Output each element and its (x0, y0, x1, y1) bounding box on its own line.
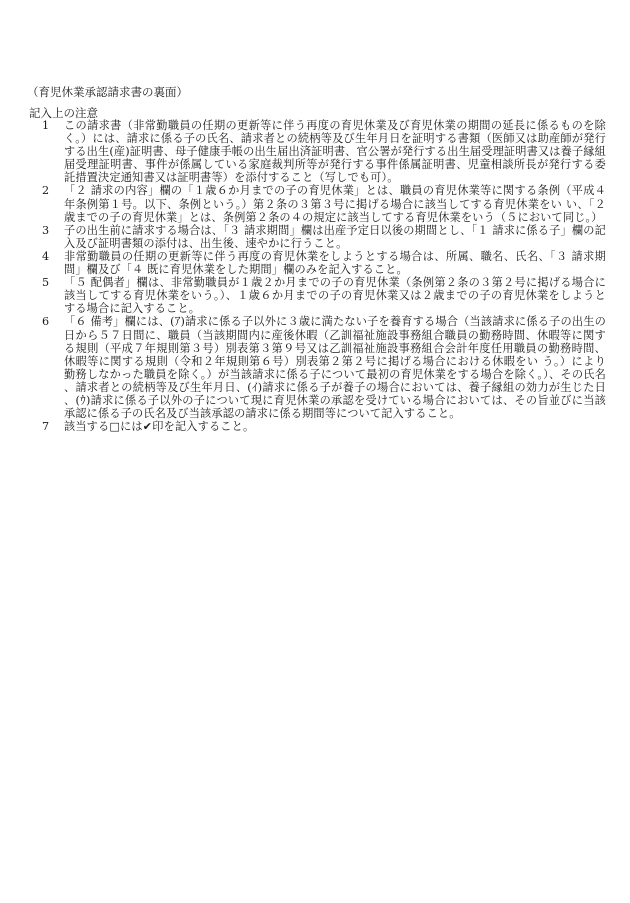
note-number: 5 (38, 276, 64, 289)
note-item-4: 4 非常勤職員の任期の更新等に伴う再度の育児休業をしようとする場合は、所属、職名… (38, 250, 606, 276)
section-heading: 記入上の注意 (29, 106, 98, 120)
note-text: 「６ 備考」欄には、(ｱ)請求に係る子以外に３歳に満たない子を養育する場合（当該… (64, 315, 606, 420)
note-text: 該当する□には✔印を記入すること。 (64, 420, 606, 433)
note-item-1: 1 この請求書（非常勤職員の任期の更新等に伴う再度の育児休業及び育児休業の期間の… (38, 119, 606, 184)
note-item-7: 7 該当する□には✔印を記入すること。 (38, 420, 606, 433)
note-text: 非常勤職員の任期の更新等に伴う再度の育児休業をしようとする場合は、所属、職名、氏… (64, 250, 606, 276)
note-item-3: 3 子の出生前に請求する場合は、「３ 請求期間」欄は出産予定日以後の期間とし、「… (38, 224, 606, 250)
note-number: 4 (38, 250, 64, 263)
note-number: 2 (38, 184, 64, 197)
note-number: 3 (38, 224, 64, 237)
document-subtitle: （育児休業承認請求書の裏面） (27, 85, 188, 99)
document-page: （育児休業承認請求書の裏面） 記入上の注意 1 この請求書（非常勤職員の任期の更… (0, 0, 630, 903)
note-item-6: 6 「６ 備考」欄には、(ｱ)請求に係る子以外に３歳に満たない子を養育する場合（… (38, 315, 606, 420)
note-item-5: 5 「５ 配偶者」欄は、非常勤職員が１歳２か月までの子の育児休業（条例第２条の３… (38, 276, 606, 315)
note-number: 7 (38, 420, 64, 433)
notes-list: 1 この請求書（非常勤職員の任期の更新等に伴う再度の育児休業及び育児休業の期間の… (38, 119, 606, 433)
note-text: 「５ 配偶者」欄は、非常勤職員が１歳２か月までの子の育児休業（条例第２条の３第２… (64, 276, 606, 315)
note-number: 6 (38, 315, 64, 328)
note-text: この請求書（非常勤職員の任期の更新等に伴う再度の育児休業及び育児休業の期間の延長… (64, 119, 606, 184)
note-number: 1 (38, 119, 64, 132)
note-text: 子の出生前に請求する場合は、「３ 請求期間」欄は出産予定日以後の期間とし、「１ … (64, 224, 606, 250)
note-item-2: 2 「２ 請求の内容」欄の「１歳６か月までの子の育児休業」とは、職員の育児休業等… (38, 184, 606, 223)
note-text: 「２ 請求の内容」欄の「１歳６か月までの子の育児休業」とは、職員の育児休業等に関… (64, 184, 606, 223)
